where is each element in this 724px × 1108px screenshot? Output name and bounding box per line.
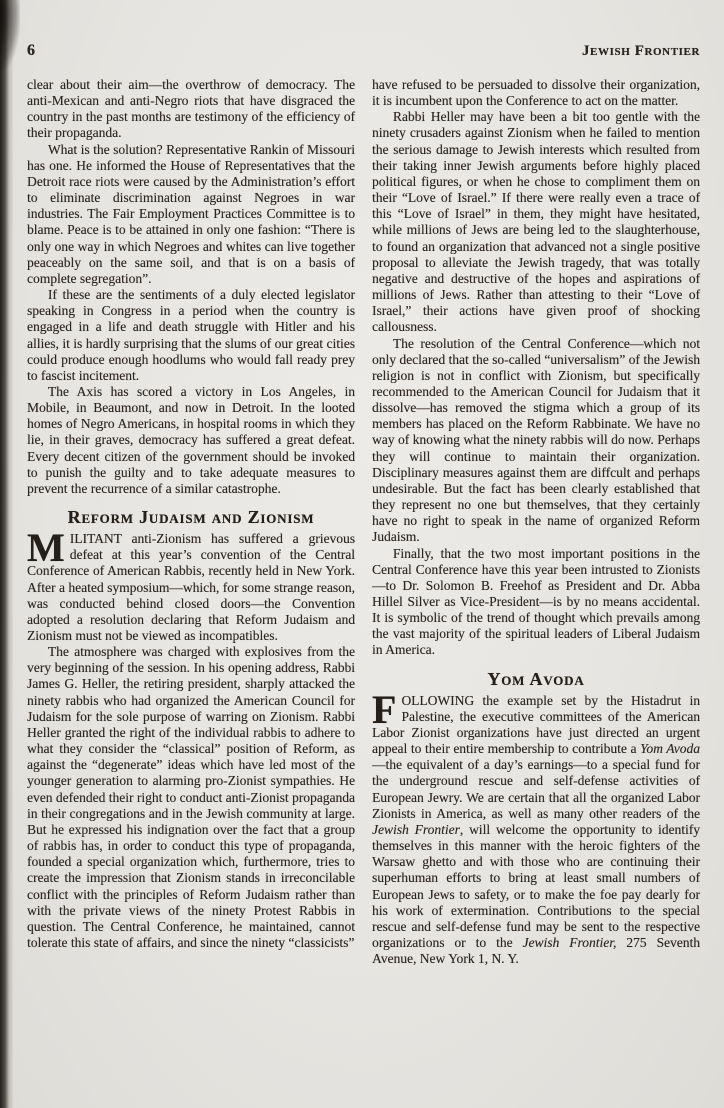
paragraph-with-dropcap: MILITANT anti-Zionism has suffered a gri… — [27, 531, 355, 644]
paragraph: Rabbi Heller may have been a bit too gen… — [372, 109, 700, 335]
page-number: 6 — [27, 42, 35, 60]
text-columns: clear about their aim—the overthrow of d… — [0, 60, 724, 967]
page-header: 6 Jewish Frontier — [0, 0, 724, 60]
paragraph: The atmosphere was charged with explosiv… — [27, 644, 355, 951]
drop-cap: F — [372, 693, 401, 725]
magazine-page: 6 Jewish Frontier clear about their aim—… — [0, 0, 724, 1108]
paragraph: have refused to be persuaded to dissolve… — [372, 77, 700, 109]
paragraph: Finally, that the two most important pos… — [372, 546, 700, 659]
section-heading-yom-avoda: Yom Avoda — [372, 669, 700, 690]
section-heading-reform-judaism: Reform Judaism and Zionism — [27, 507, 355, 528]
paragraph: clear about their aim—the overthrow of d… — [27, 77, 355, 142]
paragraph: What is the solution? Representative Ran… — [27, 142, 355, 287]
drop-cap: M — [27, 531, 70, 563]
paragraph: If these are the sentiments of a duly el… — [27, 287, 355, 384]
journal-title: Jewish Frontier — [582, 43, 700, 60]
paragraph-text: OLLOWING the example set by the Histadru… — [372, 693, 700, 967]
paragraph: The Axis has scored a victory in Los Ang… — [27, 384, 355, 497]
right-column: have refused to be persuaded to dissolve… — [372, 77, 700, 967]
paragraph-with-dropcap: FOLLOWING the example set by the Histadr… — [372, 693, 700, 968]
paragraph-text: ILITANT anti-Zionism has suffered a grie… — [27, 531, 355, 643]
paragraph: The resolution of the Central Conference… — [372, 336, 700, 546]
left-column: clear about their aim—the overthrow of d… — [27, 77, 355, 967]
